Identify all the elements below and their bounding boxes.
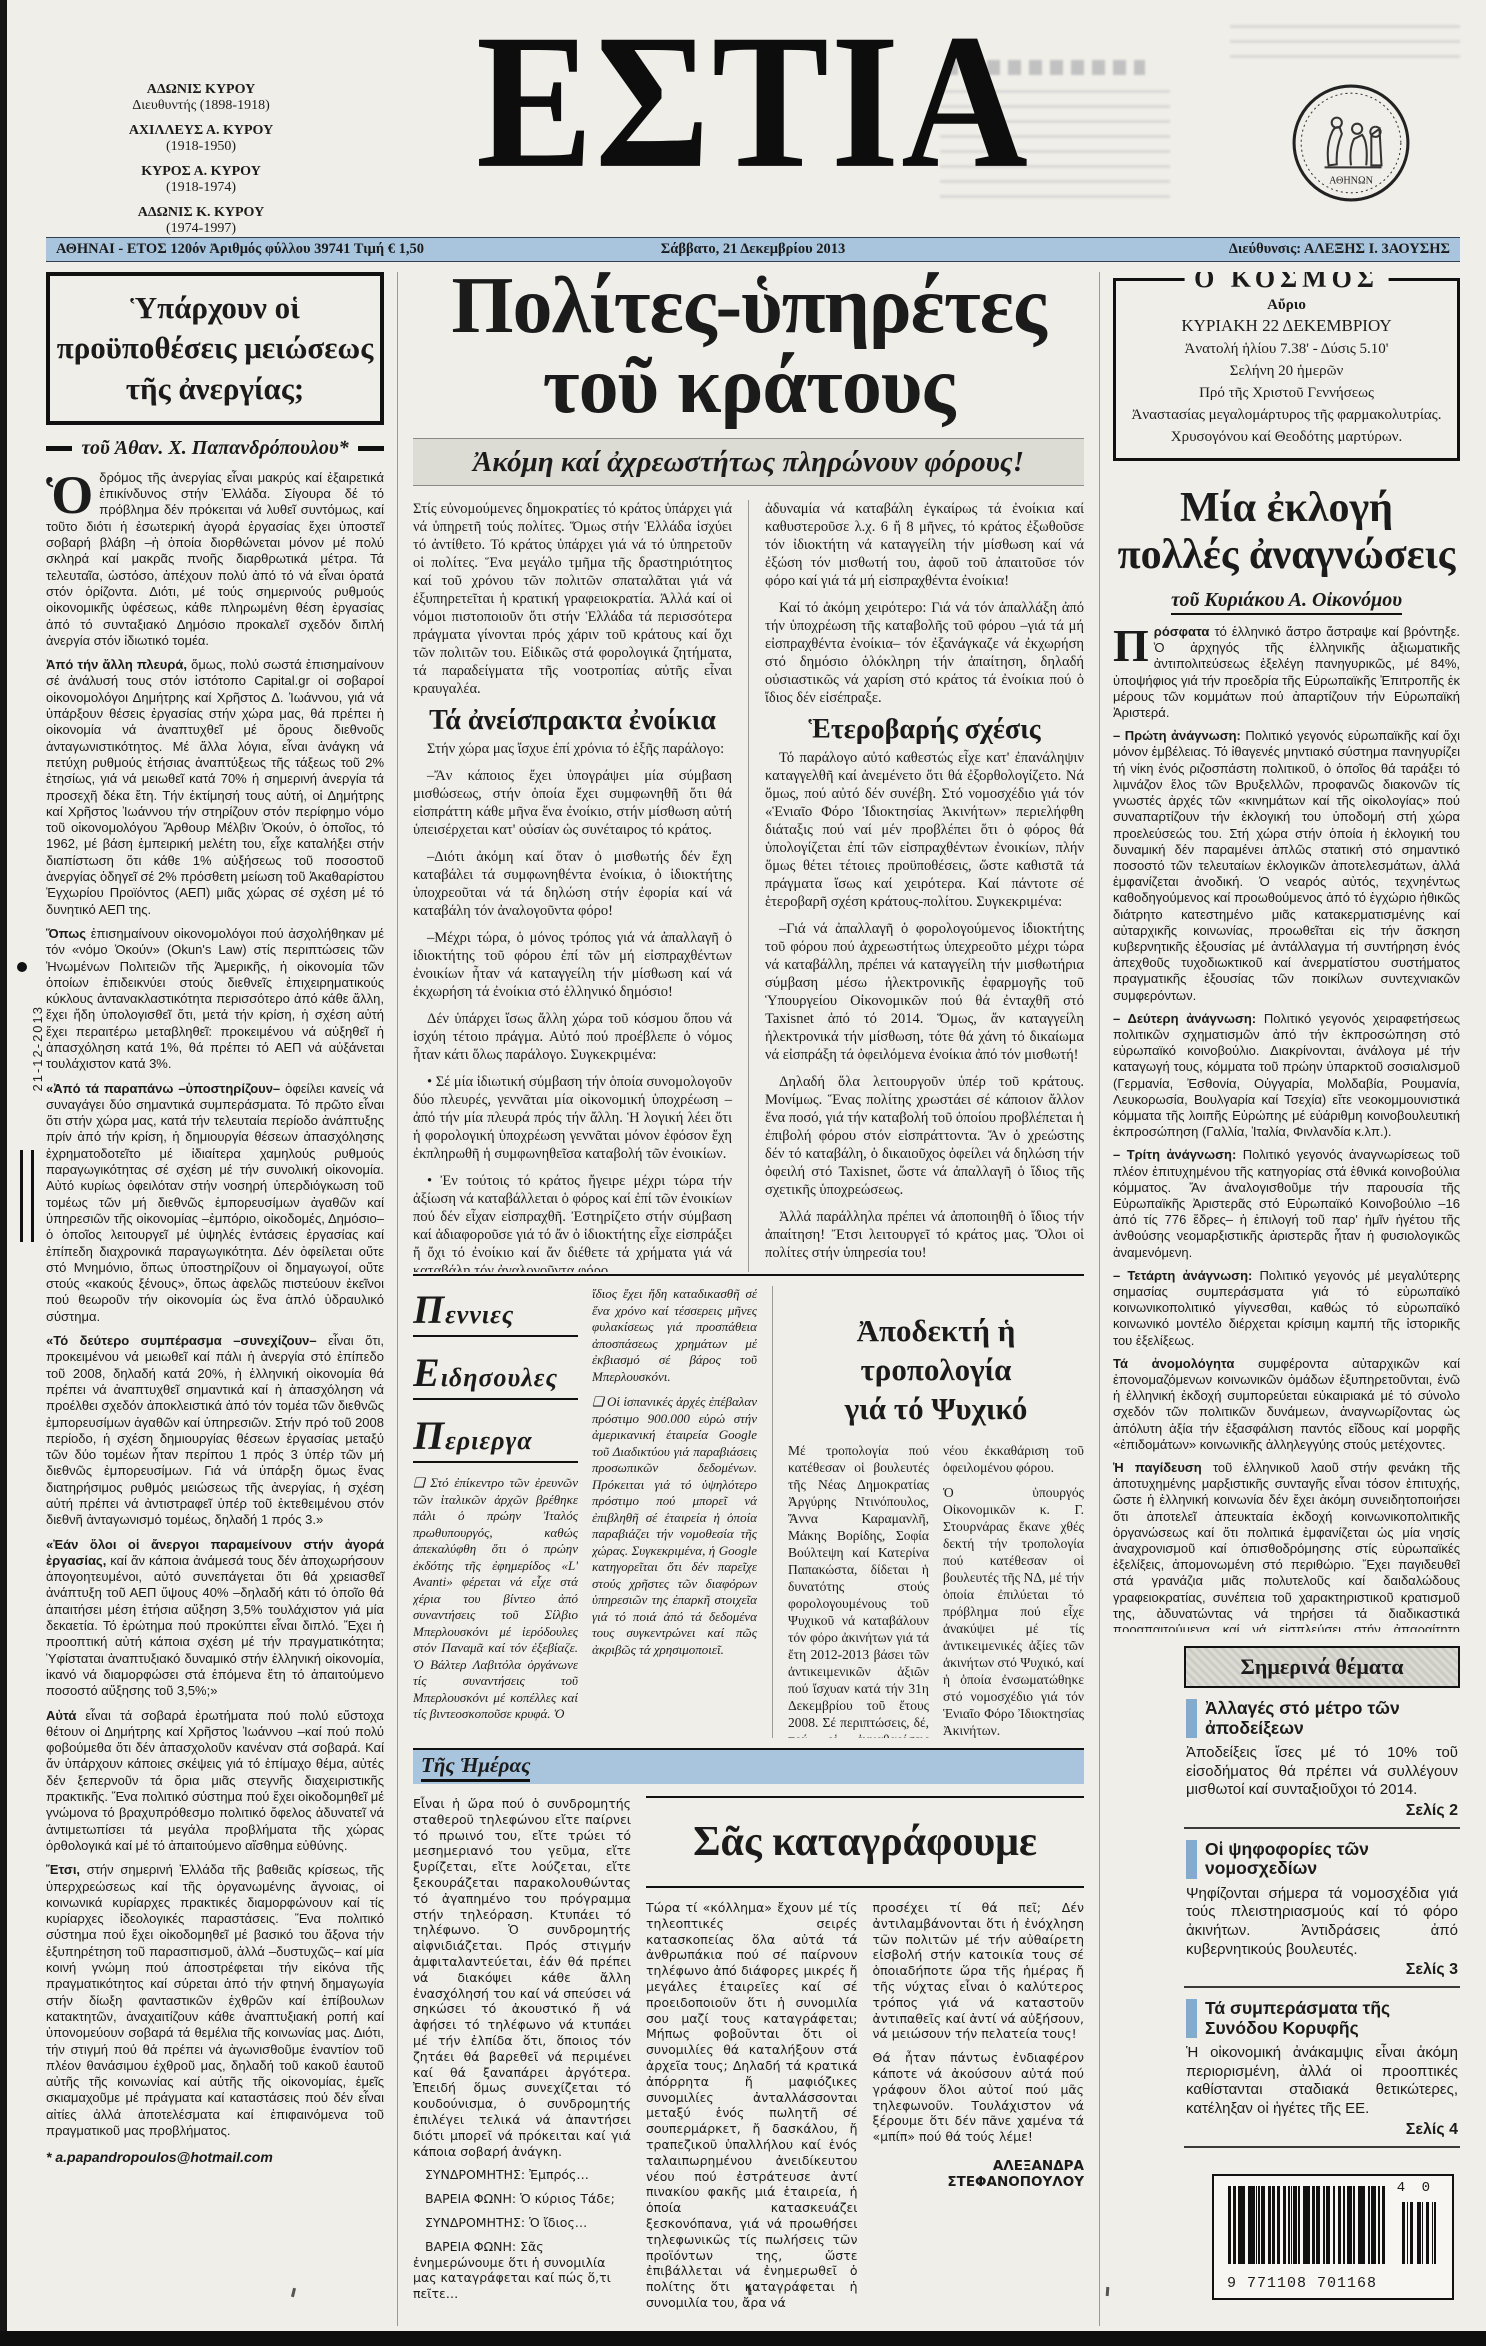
topic-page-ref: Σελίς 4 (1186, 2121, 1458, 2139)
kosmos-line: Σελήνη 20 ἡμερῶν (1122, 360, 1451, 382)
paragraph: –Γιά νά ἀπαλλαγῆ ὁ φορολογούμενος ἰδιοκτ… (765, 920, 1084, 1064)
paragraph: νέου ἐκκαθάριση τοῦ ὀφειλομένου φόρου. (943, 1442, 1084, 1476)
imeras-right: Σᾶς καταγράφουμε Τώρα τί «κόλλημα» ἔχουν… (646, 1796, 1084, 2316)
paragraph: Ὁ ὑπουργός Οἰκονομικῶν κ. Γ. Στουρνάρας … (943, 1484, 1084, 1738)
newspaper-seal-icon: ΑΘΗΝΩΝ (1290, 82, 1412, 204)
kosmos-title: Ο ΚΟΣΜΟΣ (1184, 272, 1389, 294)
dateline-director: Διεύθυνσις: ΑΛΕΞΗΣ Ι. 3ΑΟΥΣΗΣ (1229, 241, 1450, 258)
left-article-byline: τοῦ Ἀθαν. Χ. Παπανδρόπουλου* (46, 437, 384, 460)
imeras-columns: Τώρα τί «κόλλημα» ἔχουν μέ τίς τηλεοπτικ… (646, 1900, 1084, 2316)
tis-imeras-section: Εἶναι ἡ ὥρα πού ὁ συνδρομητής σταθεροῦ τ… (413, 1796, 1084, 2316)
topic-item: Ἀλλαγές στό μέτρο τῶν ἀποδείξεων Ἀποδείξ… (1184, 1688, 1460, 1829)
founders-list: ΑΔΩΝΙΣ ΚΥΡΟΥ Διευθυντής (1898-1918) ΑΧΙΛ… (81, 82, 321, 246)
barcode-addon-bars (1402, 2202, 1436, 2264)
dateline-band: ΑΘΗΝΑΙ - ΕΤΟΣ 120όν Ἀριθμός φύλλου 39741… (46, 237, 1460, 262)
margin-registration-mark (20, 1150, 34, 1242)
byline-rule-left (46, 446, 72, 451)
tis-imeras-label: Τῆς Ἡμέρας (421, 1753, 530, 1782)
topic-bullet-square (1186, 1840, 1197, 1879)
article-signature: ΑΛΕΞΑΝΔΡΑ ΣΤΕΦΑΝΟΠΟΥΛΟΥ (873, 2159, 1085, 2191)
newspaper-front-page: { "masthead": { "logo": "ΕΣΤΙΑ", "founde… (0, 0, 1486, 2346)
dateline-issue: ΑΘΗΝΑΙ - ΕΤΟΣ 120όν Ἀριθμός φύλλου 39741… (56, 241, 424, 258)
content-area: Ὑπάρχουν οἱ προϋποθέσεις μειώσεως τῆς ἀν… (46, 272, 1460, 2326)
dialogue-line: ΒΑΡΕΙΑ ΦΩΝΗ: Σᾶς ἐνημερώνουμε ὅτι ἡ συνο… (413, 2239, 631, 2302)
right-article-headline: Μία ἐκλογή πολλές ἀναγνώσεις (1113, 485, 1460, 579)
main-subheadline: Ἀκόμη καί ἀχρεωστήτως πληρώνουν φόρους! (413, 438, 1084, 486)
paragraph: Ὁδρόμος τῆς ἀνεργίας εἶναι μακρύς καί ἐξ… (46, 470, 384, 649)
pennies-header: Πεννιες Ειδησουλες Περιεργα (413, 1286, 578, 1463)
paragraph: –Ἄν κάποιος ἔχει ὑπογράψει μία σύμβαση μ… (413, 767, 732, 839)
topic-item: Τά συμπεράσματα τῆς Συνόδου Κορυφῆς Ἡ οἰ… (1184, 1988, 1460, 2147)
pennies-section: Πεννιες Ειδησουλες Περιεργα ❑ Στό ἐπίκεν… (413, 1286, 757, 1738)
svg-text:ΑΘΗΝΩΝ: ΑΘΗΝΩΝ (1329, 176, 1373, 187)
paragraph: Τά ἀνομολόγητα συμφέροντα αὐταρχικῶν καί… (1113, 1356, 1460, 1453)
pennies-text: ❑ Στό ἐπίκεντρο τῶν ἐρευνῶν τῶν ἰταλικῶν… (413, 1475, 578, 1723)
imeras-headline: Σᾶς καταγράφουμε (646, 1796, 1084, 1888)
paragraph: Καί τό ἀκόμη χειρότερο: Γιά νά τόν ἀπαλλ… (765, 599, 1084, 707)
topic-bullet-square (1186, 1999, 1197, 2038)
kosmos-line: Χρυσογόνου καί Θεοδότης μαρτύρων. (1122, 426, 1451, 448)
section-divider-rule (413, 1274, 1084, 1276)
founder-entry: ΑΧΙΛΛΕΥΣ Α. ΚΥΡΟΥ (1918-1950) (81, 123, 321, 155)
paragraph: – Δεύτερη ἀνάγνωση: Πολιτικό γεγονός χει… (1113, 1011, 1460, 1141)
founder-entry: ΑΔΩΝΙΣ ΚΥΡΟΥ Διευθυντής (1898-1918) (81, 82, 321, 114)
paragraph: Αὐτά εἶναι τά σοβαρά ἐρωτήματα πού πολύ … (46, 1708, 384, 1855)
imeras-col3: προσέχει τί θά πεῖ; Δέν ἀντιλαμβάνονται … (873, 1900, 1085, 2316)
margin-ink-dot (17, 962, 27, 972)
paragraph: – Πρώτη ἀνάγνωση: Πολιτικό γεγονός εὐρωπ… (1113, 728, 1460, 1003)
founder-entry: ΑΔΩΝΙΣ Κ. ΚΥΡΟΥ (1974-1997) (81, 205, 321, 237)
main-article-col1: Στίς εὐνομούμενες δημοκρατίες τό κράτος … (413, 500, 732, 1272)
section-heading: Ἑτεροβαρής σχέσις (765, 721, 1084, 739)
imeras-col1: Εἶναι ἡ ὥρα πού ὁ συνδρομητής σταθεροῦ τ… (413, 1796, 631, 2316)
dateline-date: Σάββατο, 21 Δεκεμβρίου 2013 (661, 241, 846, 258)
paragraph: – Τετάρτη ἀνάγνωση: Πολιτικό γεγονός μέ … (1113, 1268, 1460, 1349)
tis-imeras-band: Τῆς Ἡμέρας (413, 1748, 1084, 1784)
masthead: ΑΔΩΝΙΣ ΚΥΡΟΥ Διευθυντής (1898-1918) ΑΧΙΛ… (46, 42, 1460, 234)
paragraph: «Ἀπό τά παραπάνω –ὑποστηρίζουν– ὀφείλει … (46, 1081, 384, 1325)
byline-rule-right (358, 446, 384, 451)
paragraph: «Τό δεύτερο συμπέρασμα –συνεχίζουν– εἶνα… (46, 1333, 384, 1529)
founder-entry: ΚΥΡΟΣ Α. ΚΥΡΟΥ (1918-1974) (81, 164, 321, 196)
main-headline: Πολίτες-ὑπηρέτες τοῦ κράτους (413, 272, 1084, 426)
margin-print-date: 21-12-2013 (30, 1005, 45, 1092)
imeras-col2: Τώρα τί «κόλλημα» ἔχουν μέ τίς τηλεοπτικ… (646, 1900, 858, 2316)
paragraph: Πρόσφατα τό ἑλληνικό ἄστρο ἄστραψε καί β… (1113, 624, 1460, 721)
lower-middle-section: Πεννιες Ειδησουλες Περιεργα ❑ Στό ἐπίκεν… (413, 1286, 1084, 1738)
newspaper-logo: ΕΣΤΙΑ (476, 6, 1030, 199)
paragraph: Δηλαδή ὅλα λειτουργοῦν ὑπέρ τοῦ κράτους.… (765, 1073, 1084, 1199)
drop-cap: Ὁ (46, 470, 99, 517)
paragraph: ἴδιος ἔχει ἤδη καταδικασθῆ σέ ἕνα χρόνο … (592, 1286, 757, 1385)
kosmos-box: Ο ΚΟΣΜΟΣ Αὔριο ΚΥΡΙΑΚΗ 22 ΔΕΚΕΜΒΡΙΟΥ Ἀνα… (1113, 278, 1460, 461)
kosmos-line: Πρό τῆς Χριστοῦ Γεννήσεως (1122, 382, 1451, 404)
psychiko-headline: Ἀποδεκτή ἡ τροπολογία γιά τό Ψυχικό (788, 1312, 1084, 1428)
paragraph: –Μέχρι τώρα, ὁ μόνος τρόπος γιά νά ἀπαλλ… (413, 929, 732, 1001)
psychiko-columns: Μέ τροπολογία πού κατέθεσαν οἱ βουλευτές… (788, 1442, 1084, 1738)
paragraph: Ἀπό τήν ἄλλη πλευρά, ὅμως, πολύ σωστά ἐπ… (46, 657, 384, 918)
dialogue-line: ΒΑΡΕΙΑ ΦΩΝΗ: Ὁ κύριος Τάδε; (413, 2191, 631, 2207)
today-topics-title: Σημερινά θέματα (1184, 1646, 1460, 1688)
paragraph: Τό παράλογο αὐτό καθεστώς εἶχε κατ' ἐπαν… (765, 749, 1084, 911)
kosmos-line: Ἀναστασίας μεγαλομάρτυρος τῆς φαρμακολυτ… (1122, 404, 1451, 426)
topic-page-ref: Σελίς 3 (1186, 1961, 1458, 1979)
barcode-addon-digits: 4 0 (1397, 2180, 1434, 2196)
paragraph: «Ἐάν ὅλοι οἱ ἄνεργοι παραμείνουν στήν ἀγ… (46, 1537, 384, 1700)
paragraph: Δέν ὑπάρχει ἴσως ἄλλη χώρα τοῦ κόσμου ὅπ… (413, 1010, 732, 1064)
dialogue-line: ΣΥΝΔΡΟΜΗΤΗΣ: Ἐμπρός… (413, 2167, 631, 2183)
paragraph: ἀδυναμία νά καταβάλη ἐγκαίρως τά ἐνοίκια… (765, 500, 1084, 590)
today-topics-box: Σημερινά θέματα Ἀλλαγές στό μέτρο τῶν ἀπ… (1184, 1646, 1460, 2300)
paragraph: Ἀλλά παράλληλα πρέπει νά ἀποποιηθῆ ὁ ἴδι… (765, 1208, 1084, 1262)
paragraph: ❑ Οἱ ἱσπανικές ἀρχές ἐπέβαλαν πρόστιμο 9… (592, 1394, 757, 1658)
dialogue-line: ΣΥΝΔΡΟΜΗΤΗΣ: Ὁ ἴδιος… (413, 2215, 631, 2231)
topic-bullet-square (1186, 1699, 1197, 1738)
paragraph: Εἶναι ἡ ὥρα πού ὁ συνδρομητής σταθεροῦ τ… (413, 1796, 631, 2159)
author-email-footnote: * a.papandropoulos@hotmail.com (46, 2149, 384, 2165)
topic-page-ref: Σελίς 2 (1186, 1802, 1458, 1820)
paragraph: • Ἐν τούτοις τό κράτος ἤγειρε μέχρι τώρα… (413, 1172, 732, 1272)
main-article-col2: ἀδυναμία νά καταβάλη ἐγκαίρως τά ἐνοίκια… (748, 500, 1084, 1272)
section-heading: Τά ἀνείσπρακτα ἐνοίκια (413, 712, 732, 730)
paragraph: Μέ τροπολογία πού κατέθεσαν οἱ βουλευτές… (788, 1442, 929, 1738)
paragraph: Ὅπως ἐπισημαίνουν οἰκονομολόγοι πού ἀσχο… (46, 926, 384, 1073)
barcode-bars (1228, 2186, 1388, 2264)
paragraph: προσέχει τί θά πεῖ; Δέν ἀντιλαμβάνονται … (873, 1900, 1085, 2042)
kosmos-line: Ἀνατολή ἡλίου 7.38' - Δύσις 5.10' (1122, 338, 1451, 360)
paragraph: Θά ἦταν πάντως ἐνδιαφέρον κάποτε νά ἀκού… (873, 2050, 1085, 2145)
paragraph: • Σέ μία ἰδιωτική σύμβαση τήν ὁποία συνο… (413, 1073, 732, 1163)
right-article-byline: τοῦ Κυριάκου Α. Οἰκονόμου (1113, 589, 1460, 612)
scan-edge-bottom (0, 2331, 1486, 2346)
left-article-headline: Ὑπάρχουν οἱ προϋποθέσεις μειώσεως τῆς ἀν… (46, 272, 384, 425)
paragraph: – Τρίτη ἀνάγνωση: Πολιτικό γεγονός ἀναγν… (1113, 1147, 1460, 1260)
kosmos-line: ΚΥΡΙΑΚΗ 22 ΔΕΚΕΜΒΡΙΟΥ (1122, 316, 1451, 336)
pennies-col2: ἴδιος ἔχει ἤδη καταδικασθῆ σέ ἕνα χρόνο … (592, 1286, 757, 1738)
paragraph: Στήν χώρα μας ἴσχυε ἐπί χρόνια τό ἑξῆς π… (413, 740, 732, 758)
right-column: Ο ΚΟΣΜΟΣ Αὔριο ΚΥΡΙΑΚΗ 22 ΔΕΚΕΜΒΡΙΟΥ Ἀνα… (1100, 272, 1460, 2326)
psychiko-col2: νέου ἐκκαθάριση τοῦ ὀφειλομένου φόρου. Ὁ… (943, 1442, 1084, 1738)
paragraph: ❑ Στό ἐπίκεντρο τῶν ἐρευνῶν τῶν ἰταλικῶν… (413, 1475, 578, 1723)
right-article-body: Πρόσφατα τό ἑλληνικό ἄστρο ἄστραψε καί β… (1113, 624, 1460, 1632)
scan-edge-left (0, 0, 7, 2346)
paragraph: Στίς εὐνομούμενες δημοκρατίες τό κράτος … (413, 500, 732, 698)
paragraph: Τώρα τί «κόλλημα» ἔχουν μέ τίς τηλεοπτικ… (646, 1900, 858, 2311)
paragraph: Ἡ παγίδευση τοῦ ἑλληνικοῦ λαοῦ στήν φενά… (1113, 1460, 1460, 1632)
barcode-digits: 9 771108 701168 (1224, 2275, 1380, 2292)
topic-item: Οἱ ψηφοφορίες τῶν νομοσχεδίων Ψηφίζονται… (1184, 1829, 1460, 1988)
paragraph: Ἔτσι, στήν σημερινή Ἑλλάδα τῆς βαθειᾶς κ… (46, 1862, 384, 2139)
issn-barcode: 4 0 9 771108 701168 (1212, 2174, 1454, 2300)
main-article-columns: Στίς εὐνομούμενες δημοκρατίες τό κράτος … (413, 500, 1084, 1272)
left-article-body: Ὁδρόμος τῆς ἀνεργίας εἶναι μακρύς καί ἐξ… (46, 470, 384, 2166)
left-column: Ὑπάρχουν οἱ προϋποθέσεις μειώσεως τῆς ἀν… (46, 272, 398, 2326)
paragraph: –Διότι ἀκόμη καί ὅταν ὁ μισθωτής δέν ἔχη… (413, 848, 732, 920)
psychiko-article: Ἀποδεκτή ἡ τροπολογία γιά τό Ψυχικό Μέ τ… (772, 1286, 1084, 1738)
pennies-col1: Πεννιες Ειδησουλες Περιεργα ❑ Στό ἐπίκεν… (413, 1286, 578, 1738)
kosmos-line: Αὔριο (1122, 297, 1451, 314)
drop-cap: Π (1113, 624, 1154, 665)
middle-column: Πολίτες-ὑπηρέτες τοῦ κράτους Ἀκόμη καί ἀ… (398, 272, 1100, 2326)
psychiko-col1: Μέ τροπολογία πού κατέθεσαν οἱ βουλευτές… (788, 1442, 929, 1738)
